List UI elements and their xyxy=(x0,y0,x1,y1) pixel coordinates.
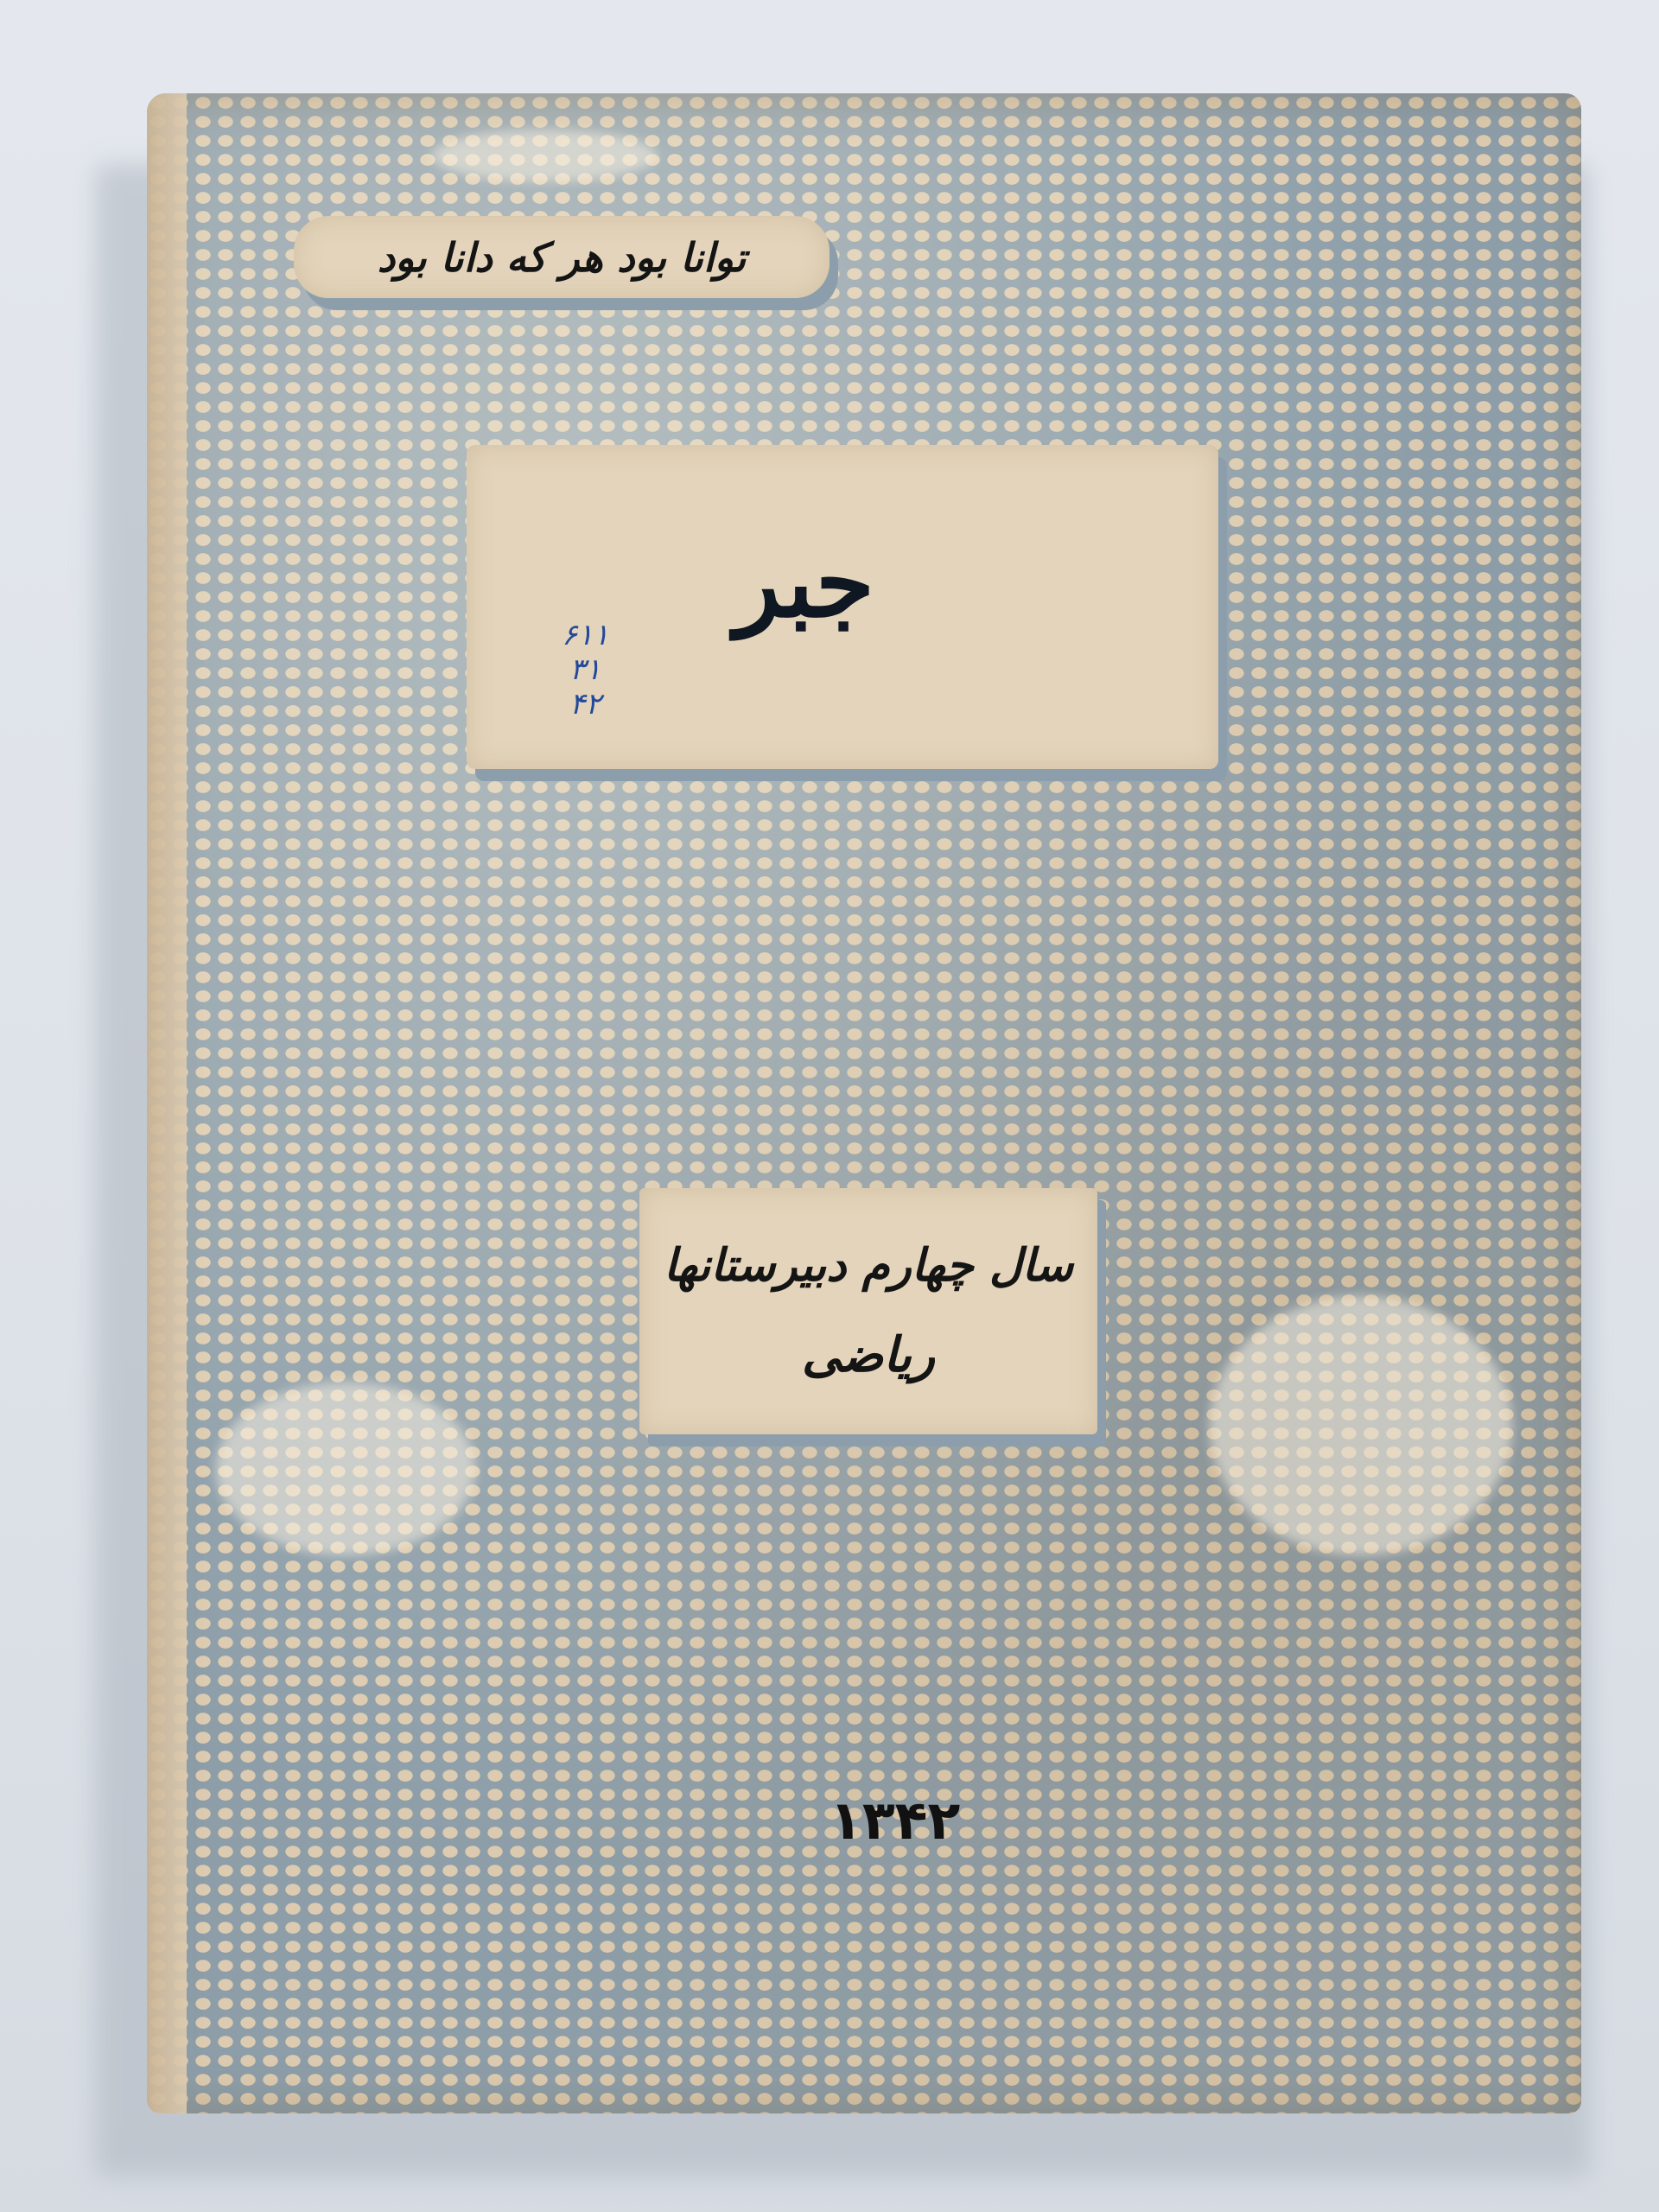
note-line: ۴۲ xyxy=(562,687,609,721)
subject-text: ریاضی xyxy=(802,1326,935,1383)
publication-year: ۱۳۴۲ xyxy=(829,1789,960,1852)
note-line: ۳۱ xyxy=(562,652,609,687)
book-title: جبر xyxy=(734,527,874,639)
grade-text: سال چهارم دبیرستانها xyxy=(664,1239,1073,1292)
grade-label: سال چهارم دبیرستانها ریاضی xyxy=(639,1188,1097,1434)
title-label: جبر ۶۱۱ ۳۱ ۴۲ xyxy=(467,445,1218,769)
note-line: ۶۱۱ xyxy=(562,618,609,652)
motto-text: توانا بود هر که دانا بود xyxy=(378,234,747,281)
handwritten-notes: ۶۱۱ ۳۱ ۴۲ xyxy=(562,618,609,721)
cover-spine-edge xyxy=(147,93,187,2113)
wear-mark xyxy=(216,1382,475,1555)
motto-label: توانا بود هر که دانا بود xyxy=(294,216,829,298)
wear-mark xyxy=(432,130,657,181)
wear-mark xyxy=(1210,1296,1512,1555)
